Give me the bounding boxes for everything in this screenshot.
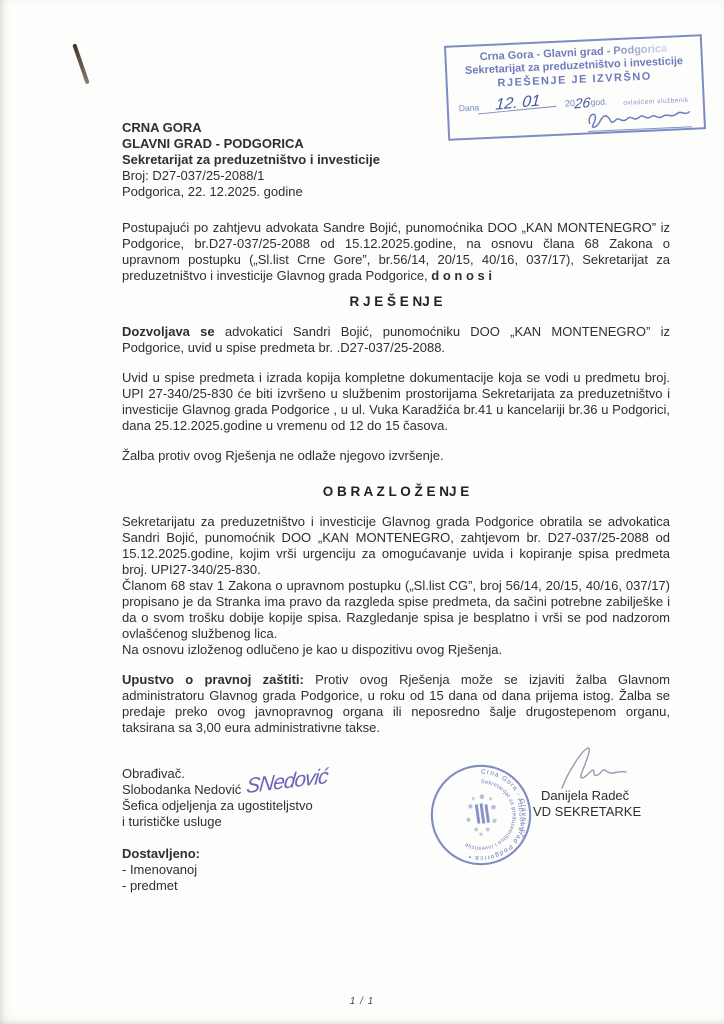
appeal-note-paragraph: Žalba protiv ovog Rješenja ne odlaže nje… bbox=[122, 448, 670, 464]
letterhead-department: Sekretarijat za preduzetništvo i investi… bbox=[122, 152, 670, 168]
stamp-date-label: Dana bbox=[459, 102, 480, 113]
legal-remedy-lead: Upustvo o pravnoj zaštiti: bbox=[122, 672, 304, 687]
secretary-name: Danijela Radeč bbox=[533, 788, 683, 804]
page-number: 1 / 1 bbox=[0, 996, 724, 1007]
legal-remedy-paragraph: Upustvo o pravnoj zaštiti: Protiv ovog R… bbox=[122, 672, 670, 736]
letterhead-case-number: Broj: D27-037/25-2088/1 bbox=[122, 168, 670, 184]
intro-paragraph: Postupajući po zahtjevu advokata Sandre … bbox=[122, 220, 670, 284]
scanned-document-page: Crna Gora - Glavni grad - Podgorica Sekr… bbox=[0, 0, 724, 1024]
processor-title-line1: Šefica odjeljenja za ugostiteljstvo bbox=[122, 798, 313, 814]
delivery-item: - predmet bbox=[122, 878, 313, 894]
staple-mark bbox=[72, 44, 89, 85]
delivery-block: Dostavljeno: - Imenovanoj - predmet bbox=[122, 846, 313, 894]
rationale-paragraph-2: Članom 68 stav 1 Zakona o upravnom postu… bbox=[122, 578, 670, 642]
delivery-label: Dostavljeno: bbox=[122, 846, 313, 862]
letterhead-city: GLAVNI GRAD - PODGORICA bbox=[122, 136, 670, 152]
decision-title: R J E Š E NJ E bbox=[122, 294, 670, 310]
letterhead-country: CRNA GORA bbox=[122, 120, 670, 136]
secretary-signature-block: Danijela Radeč VD SEKRETARKE bbox=[533, 788, 683, 820]
intro-text: Postupajući po zahtjevu advokata Sandre … bbox=[122, 220, 670, 283]
inspection-paragraph: Uvid u spise predmeta i izrada kopija ko… bbox=[122, 370, 670, 434]
secretary-title: VD SEKRETARKE bbox=[533, 804, 683, 820]
decision-paragraph: Dozvoljava se advokatici Sandri Bojić, p… bbox=[122, 324, 670, 356]
official-round-seal-icon: Crna Gora - Glavni grad Podgorica • Sekr… bbox=[428, 762, 534, 868]
document-body: CRNA GORA GLAVNI GRAD - PODGORICA Sekret… bbox=[122, 120, 670, 736]
intro-emphasis: d o n o s i bbox=[431, 268, 492, 283]
rationale-paragraph-1: Sekretarijatu za preduzetništvo i invest… bbox=[122, 514, 670, 578]
rationale-paragraph-3: Na osnovu izloženog odlučeno je kao u di… bbox=[122, 642, 670, 658]
letterhead-place-date: Podgorica, 22. 12.2025. godine bbox=[122, 184, 670, 200]
secretary-handwritten-signature-icon bbox=[548, 746, 644, 792]
decision-lead: Dozvoljava se bbox=[122, 324, 215, 339]
stamp-date-handwritten: 12. 01 bbox=[478, 94, 557, 115]
delivery-item: - Imenovanoj bbox=[122, 862, 313, 878]
rationale-title: O B R A Z L O Ž E NJ E bbox=[122, 484, 670, 500]
letterhead: CRNA GORA GLAVNI GRAD - PODGORICA Sekret… bbox=[122, 120, 670, 200]
processor-title-line2: i turističke usluge bbox=[122, 814, 313, 830]
seal-inner-text: Sekretarijat za preduzetništvo i investi… bbox=[464, 779, 517, 851]
svg-text:Sekretarijat za preduzetništvo: Sekretarijat za preduzetništvo i investi… bbox=[464, 779, 517, 851]
seal-coat-of-arms bbox=[466, 794, 496, 836]
